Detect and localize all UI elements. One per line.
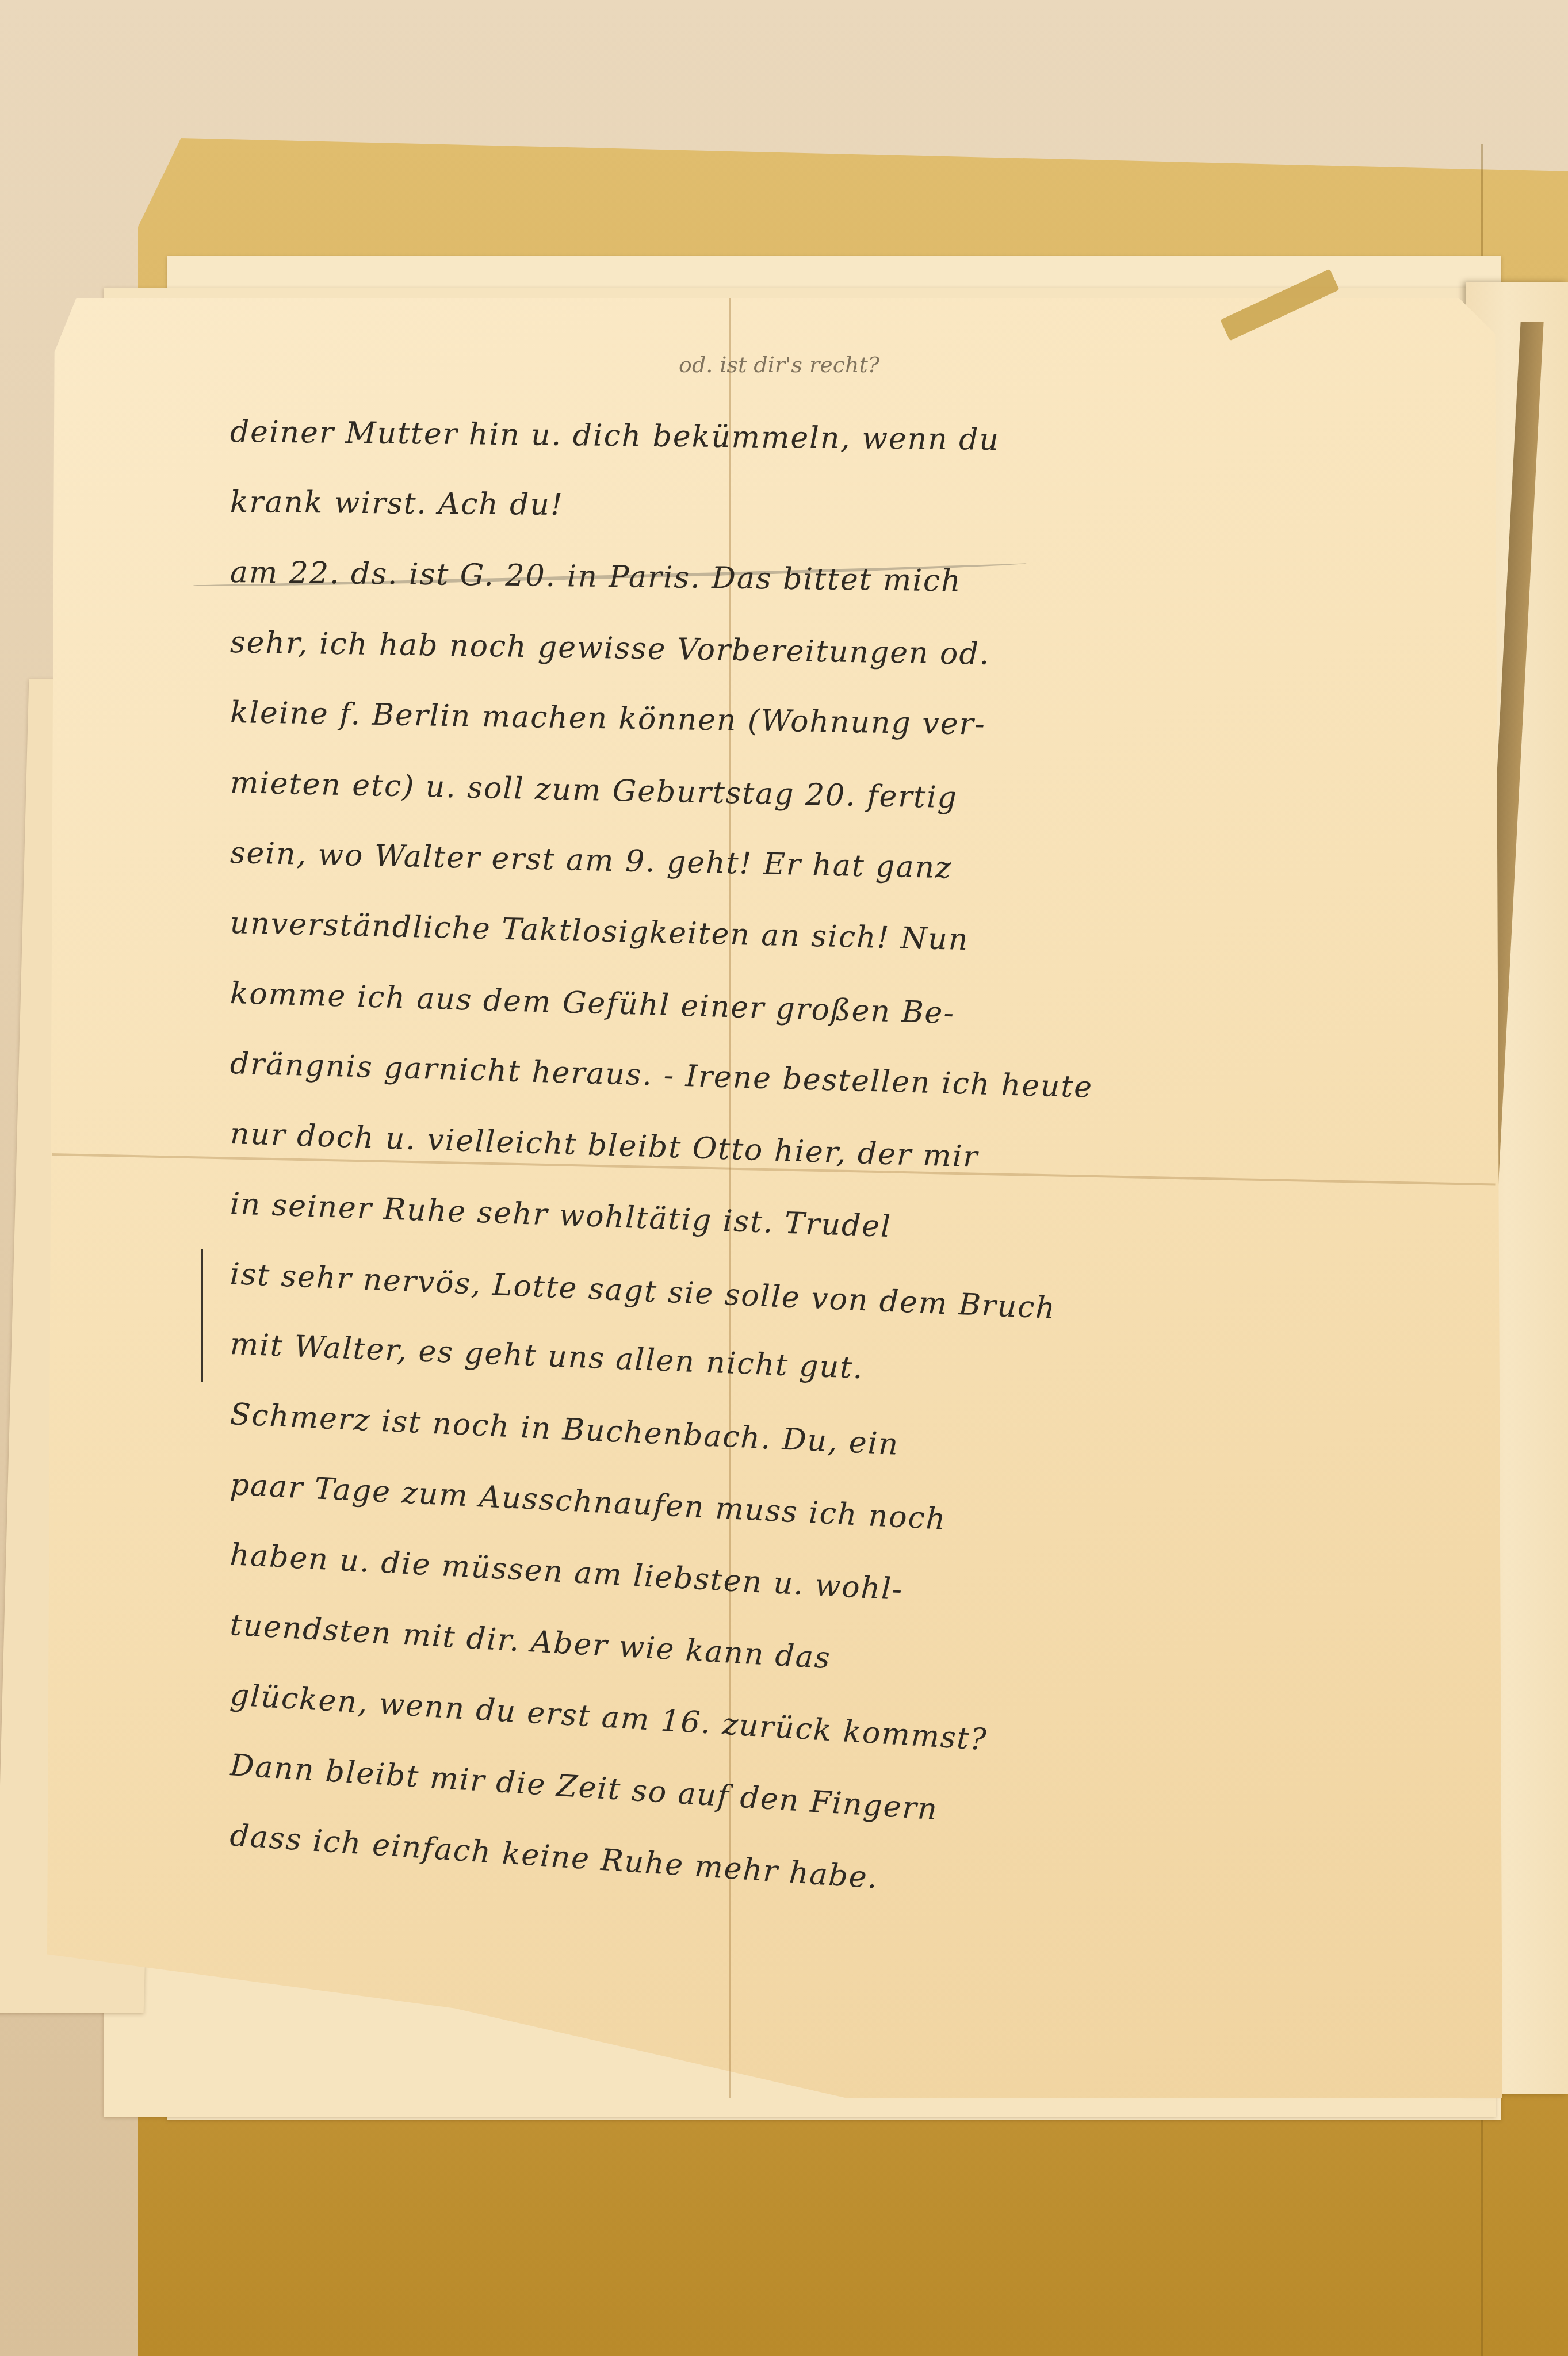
margin-mark [201, 1249, 203, 1382]
handwritten-text: deiner Mutter hin u. dich bekümmeln, wen… [230, 397, 1473, 1871]
pencil-annotation: od. ist dir's recht? [679, 352, 879, 377]
text-line: deiner Mutter hin u. dich bekümmeln, wen… [230, 397, 1473, 480]
text-line: krank wirst. Ach du! [230, 467, 1473, 548]
